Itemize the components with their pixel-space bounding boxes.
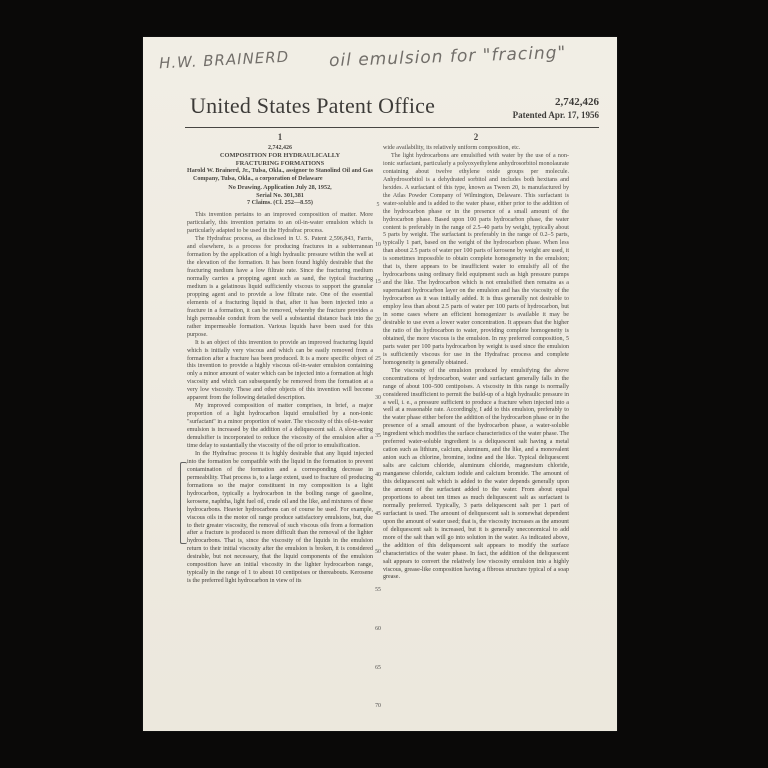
line-number: 70 bbox=[371, 703, 385, 709]
paragraph: This invention pertains to an improved c… bbox=[187, 212, 373, 236]
claims-info: 7 Claims. (Cl. 252—8.55) bbox=[187, 199, 373, 206]
column-2: 2 wide availability, its relatively unif… bbox=[383, 131, 569, 582]
paragraph: In the Hydrafrac process it is highly de… bbox=[187, 451, 373, 586]
application-info: No Drawing. Application July 28, 1952, bbox=[187, 184, 373, 191]
paragraph: My improved composition of matter compri… bbox=[187, 403, 373, 451]
page-title: United States Patent Office bbox=[190, 93, 435, 119]
patent-number-small: 2,742,426 bbox=[187, 145, 373, 152]
patent-date: Patented Apr. 17, 1956 bbox=[513, 110, 599, 120]
column-number: 1 bbox=[187, 131, 373, 143]
column-number: 2 bbox=[383, 131, 569, 143]
line-number: 60 bbox=[371, 626, 385, 632]
margin-bracket-mark bbox=[180, 462, 187, 544]
handwritten-author: H.W. BRAINERD bbox=[159, 48, 290, 73]
line-number: 65 bbox=[371, 665, 385, 671]
serial-number: Serial No. 301,381 bbox=[187, 192, 373, 199]
paragraph: It is an object of this invention to pro… bbox=[187, 340, 373, 404]
patent-page: H.W. BRAINERD oil emulsion for "fracing"… bbox=[143, 37, 617, 731]
paragraph: The light hydrocarbons are emulsified wi… bbox=[383, 153, 569, 368]
inventor-assignee: Harold W. Brainerd, Jr., Tulsa, Okla., a… bbox=[187, 168, 373, 184]
patent-number: 2,742,426 bbox=[555, 96, 599, 108]
handwritten-annotation: H.W. BRAINERD oil emulsion for "fracing" bbox=[159, 47, 607, 77]
handwritten-note: oil emulsion for "fracing" bbox=[329, 43, 567, 71]
paragraph: The viscosity of the emulsion produced b… bbox=[383, 368, 569, 583]
paragraph: The Hydrafrac process, as disclosed in U… bbox=[187, 236, 373, 339]
line-number: 55 bbox=[371, 587, 385, 593]
paragraph: wide availability, its relatively unifor… bbox=[383, 145, 569, 153]
patent-title-line-2: FRACTURING FORMATIONS bbox=[187, 160, 373, 167]
header-rule bbox=[185, 127, 599, 128]
column-1: 1 2,742,426 COMPOSITION FOR HYDRAULICALL… bbox=[187, 131, 373, 586]
patent-title-line-1: COMPOSITION FOR HYDRAULICALLY bbox=[187, 152, 373, 159]
